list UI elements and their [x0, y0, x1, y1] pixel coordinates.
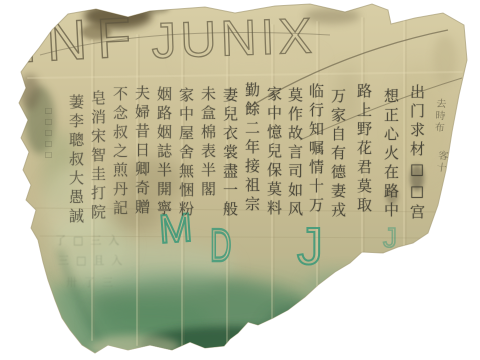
faint-left-column: □□□□□: [44, 106, 53, 161]
text-column-7: 家中憶兒保莫料: [264, 86, 284, 219]
green-letter-j: J: [297, 218, 323, 276]
faded-row-3: 卅了三: [66, 274, 120, 290]
text-column-11: 家中屋舍無悃粉: [176, 87, 196, 220]
text-column-3: 路上野花君莫取: [354, 83, 374, 216]
text-column-10: 未盒棉表半閣: [198, 86, 218, 200]
text-column-4: 万家自有德妻戎: [328, 88, 348, 221]
text-column-2: 想正心火在路中: [381, 88, 401, 221]
artifact-photo: INF JUNIX M D J J 出门求材□□宫 想正心火在路中 路上野花君莫…: [0, 0, 480, 360]
text-column-16: 萋李聰叔大愚誠: [66, 94, 86, 227]
scratched-graffiti-inf: INF: [19, 5, 142, 74]
text-column-9: 妻兒衣裳盡一般: [220, 87, 240, 220]
green-letter-d: D: [210, 221, 232, 272]
side-note-top: 去時布: [430, 98, 447, 135]
green-scribble: [318, 290, 340, 307]
text-column-15: 皂消宋智圭打院: [88, 90, 108, 223]
faded-row-2: 三□且入: [58, 252, 129, 268]
faded-row-1: 了□三入: [55, 232, 126, 248]
text-column-8: 勤餘二年接祖宗: [242, 82, 262, 215]
scratched-graffiti-junix: JUNIX: [150, 7, 316, 69]
text-column-14: 不念叔之煎丹記: [110, 86, 130, 219]
text-column-6: 莫作故言司如风: [285, 87, 305, 220]
text-column-13: 夫婦昔日卿奇贈: [132, 85, 152, 218]
text-column-5: 临行知嘱情十万: [306, 83, 326, 216]
text-column-12: 姻路姻誌半開寧: [154, 86, 174, 219]
text-column-1: 出门求材□□宫: [407, 84, 427, 223]
